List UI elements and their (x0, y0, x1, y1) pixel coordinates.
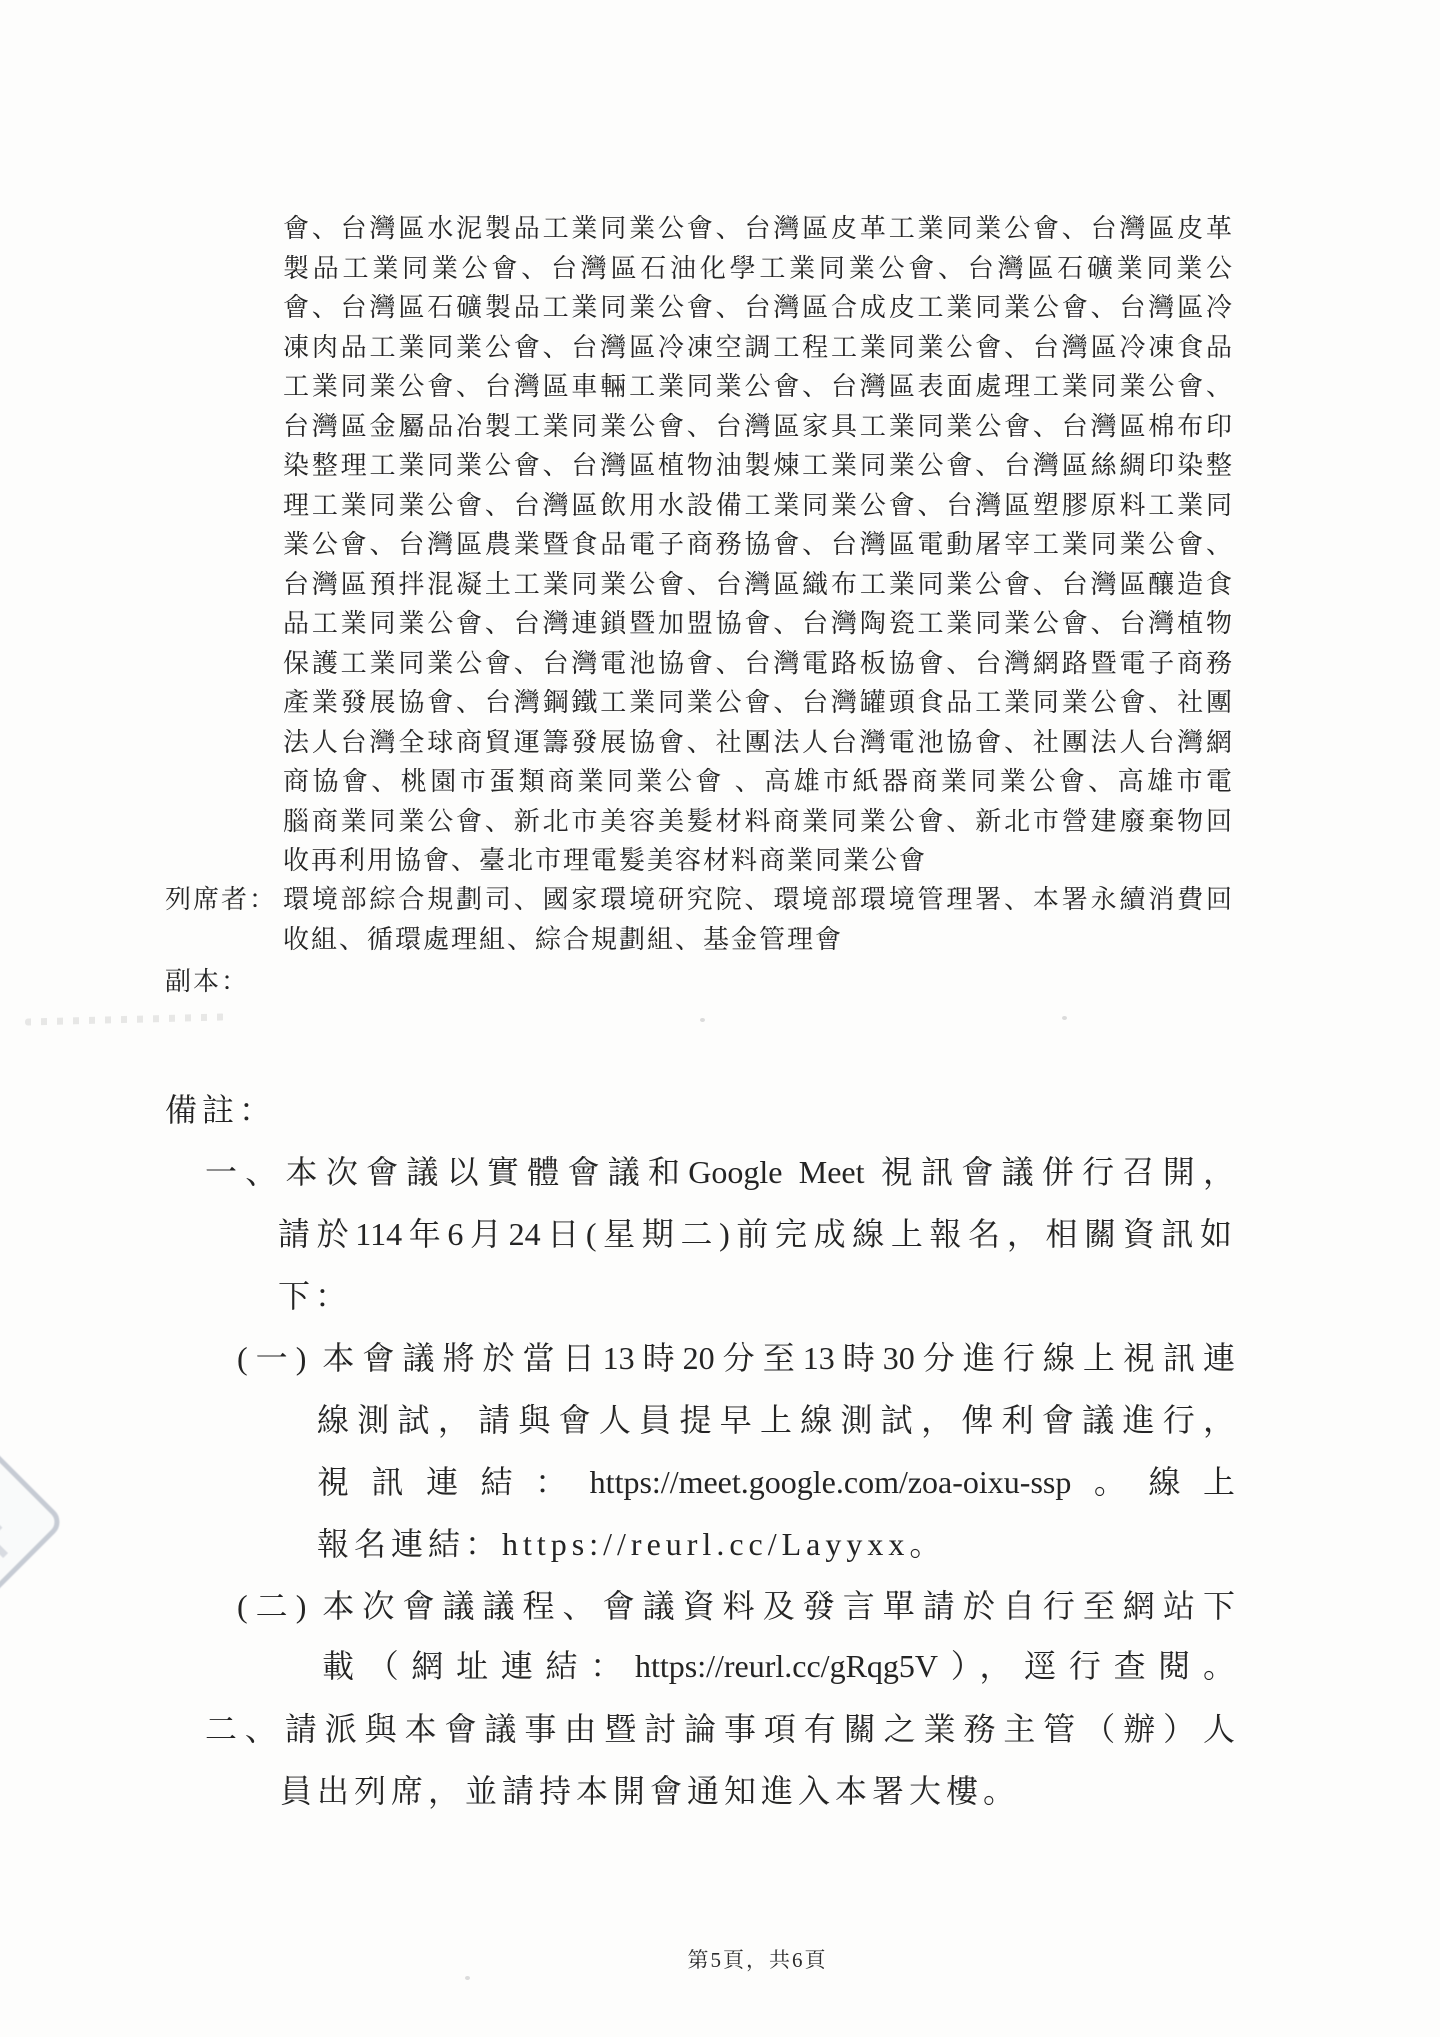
member-list-paragraph: 會、台灣區水泥製品工業同業公會、台灣區皮革工業同業公會、台灣區皮革 製品工業同業… (283, 209, 1232, 881)
member-list-line: 工業同業公會、台灣區車輛工業同業公會、台灣區表面處理工業同業公會、 (283, 367, 1232, 407)
document-page: 會、台灣區水泥製品工業同業公會、台灣區皮革工業同業公會、台灣區皮革 製品工業同業… (0, 0, 1440, 2037)
remarks-label: 備註： (165, 1079, 276, 1141)
member-list-line: 保護工業同業公會、台灣電池協會、台灣電路板協會、台灣網路暨電子商務 (283, 644, 1232, 684)
member-list-line: 理工業同業公會、台灣區飲用水設備工業同業公會、台灣區塑膠原料工業同 (283, 486, 1232, 526)
member-list-line: 法人台灣全球商貿運籌發展協會、社團法人台灣電池協會、社團法人台灣網 (283, 723, 1232, 763)
remark-item-1-line-3: 下： (278, 1265, 352, 1327)
member-list-line: 凍肉品工業同業公會、台灣區冷凍空調工程工業同業公會、台灣區冷凍食品 (283, 328, 1232, 368)
member-list-line: 製品工業同業公會、台灣區石油化學工業同業公會、台灣區石礦業同業公 (283, 249, 1232, 289)
copy-to-label: 副本： (165, 962, 249, 1002)
member-list-line: 腦商業同業公會、新北市美容美髮材料商業同業公會、新北市營建廢棄物回 (283, 802, 1232, 842)
member-list-line: 會、台灣區水泥製品工業同業公會、台灣區皮革工業同業公會、台灣區皮革 (283, 209, 1232, 249)
scan-speck-artifact (700, 1018, 705, 1022)
member-list-line: 產業發展協會、台灣鋼鐵工業同業公會、台灣罐頭食品工業同業公會、社團 (283, 683, 1232, 723)
page-number-footer: 第5頁，共6頁 (283, 1944, 1232, 1974)
member-list-line: 台灣區金屬品冶製工業同業公會、台灣區家具工業同業公會、台灣區棉布印 (283, 407, 1232, 447)
remark-item-1-line-2: 請於114年6月24日(星期二)前完成線上報名，相關資訊如 (278, 1203, 1232, 1265)
registration-link-line: 報名連結：https://reurl.cc/Layyxx。 (317, 1513, 946, 1575)
scan-speck-artifact (465, 1976, 470, 1980)
remark-subitem-1-line-1: (一) 本會議將於當日13時20分至13時30分進行線上視訊連 (237, 1327, 1235, 1389)
member-list-line: 染整理工業同業公會、台灣區植物油製煉工業同業公會、台灣區絲綢印染整 (283, 446, 1232, 486)
attendees-line-1: 環境部綜合規劃司、國家環境研究院、環境部環境管理署、本署永續消費回 (283, 880, 1232, 920)
meeting-video-link-line: 視訊連結：https://meet.google.com/zoa-oixu-ss… (317, 1451, 1235, 1513)
member-list-line: 收再利用協會、臺北市理電髮美容材料商業同業公會 (283, 841, 1232, 881)
member-list-line: 品工業同業公會、台灣連鎖暨加盟協會、台灣陶瓷工業同業公會、台灣植物 (283, 604, 1232, 644)
remark-item-2-line-1: 二、請派與本會議事由暨討論事項有關之業務主管（辦）人 (205, 1698, 1235, 1760)
scan-speck-artifact (1062, 1016, 1067, 1020)
member-list-line: 會、台灣區石礦製品工業同業公會、台灣區合成皮工業同業公會、台灣區冷 (283, 288, 1232, 328)
remark-item-1-line-1: 一、本次會議以實體會議和Google Meet 視訊會議併行召開， (205, 1141, 1235, 1203)
remark-item-2-line-2: 員出列席，並請持本開會通知進入本署大樓。 (280, 1760, 1020, 1822)
scan-smudge-artifact (25, 1013, 225, 1025)
attendees-line-2: 收組、循環處理組、綜合規劃組、基金管理會 (283, 920, 1232, 960)
remark-subitem-2-line-1: (二) 本次會議議程、會議資料及發言單請於自行至網站下 (237, 1575, 1235, 1637)
member-list-line: 商協會、桃園市蛋類商業同業公會 、高雄市紙器商業同業公會、高雄市電 (283, 762, 1232, 802)
remark-subitem-1-line-2: 線測試，請與會人員提早上線測試，俾利會議進行， (317, 1389, 1235, 1451)
attendees-label: 列席者： (165, 880, 277, 920)
materials-download-link-line: 載（網址連結：https://reurl.cc/gRqg5V），逕行查閱。 (322, 1635, 1235, 1697)
member-list-line: 業公會、台灣區農業暨食品電子商務協會、台灣區電動屠宰工業同業公會、 (283, 525, 1232, 565)
member-list-line: 台灣區預拌混凝土工業同業公會、台灣區織布工業同業公會、台灣區釀造食 (283, 565, 1232, 605)
official-seal-stamp-partial (0, 1416, 66, 1628)
